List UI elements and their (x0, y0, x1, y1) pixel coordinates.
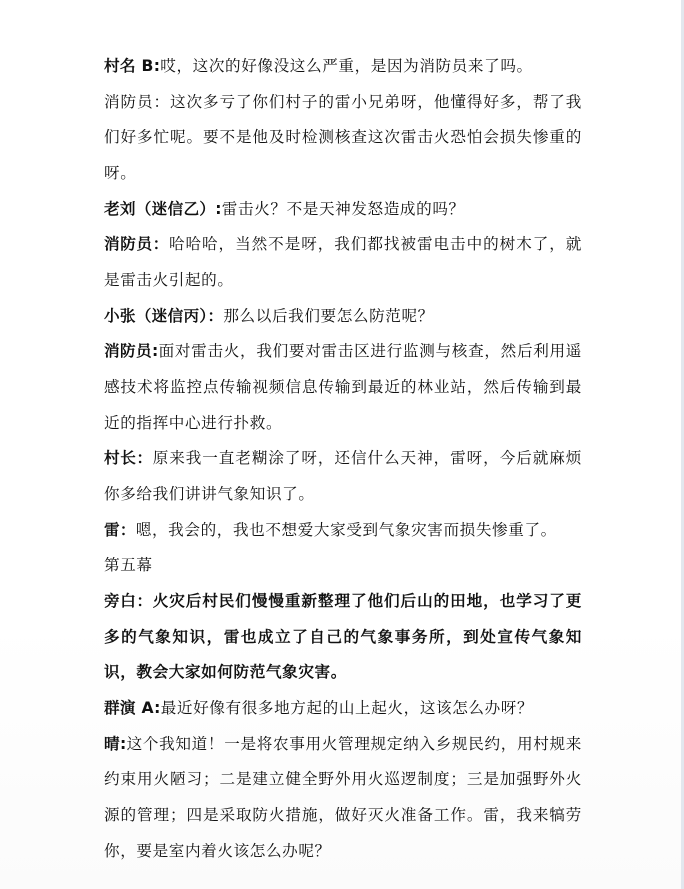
dialogue-text: 那么以后我们要怎么防范呢？ (223, 307, 434, 325)
speaker-label: 消防员: (104, 342, 159, 360)
speaker-label: 消防员： (104, 235, 169, 253)
dialogue-villager-b: 村名 B:哎，这次的好像没这么严重，是因为消防员来了吗。 (104, 49, 582, 85)
act-title: 第五幕 (104, 556, 153, 574)
dialogue-text: 面对雷击火，我们要对雷击区进行监测与核查，然后利用遥感技术将监控点传输视频信息传… (104, 342, 582, 431)
narration-text: 火灾后村民们慢慢重新整理了他们后山的田地，也学习了更多的气象知识，雷也成立了自己… (104, 592, 582, 681)
dialogue-lei: 雷：嗯，我会的，我也不想爱大家受到气象灾害而损失惨重了。 (104, 513, 582, 549)
dialogue-text: 原来我一直老糊涂了呀，还信什么天神，雷呀，今后就麻烦你多给我们讲讲气象知识了。 (104, 449, 582, 503)
speaker-label: 雷： (104, 521, 136, 539)
speaker-label: 晴: (104, 735, 127, 753)
document-page: 村名 B:哎，这次的好像没这么严重，是因为消防员来了吗。 消防员：这次多亏了你们… (0, 0, 681, 889)
speaker-label: 村名 B: (104, 57, 160, 75)
dialogue-extra-a: 群演 A:最近好像有很多地方起的山上起火，这该怎么办呀？ (104, 691, 582, 727)
dialogue-firefighter-2: 消防员：哈哈哈，当然不是呀，我们都找被雷电击中的树木了，就是雷击火引起的。 (104, 227, 582, 298)
dialogue-firefighter-3: 消防员:面对雷击火，我们要对雷击区进行监测与核查，然后利用遥感技术将监控点传输视… (104, 334, 582, 441)
dialogue-text: 消防员：这次多亏了你们村子的雷小兄弟呀，他懂得好多，帮了我们好多忙呢。要不是他及… (104, 93, 582, 182)
speaker-label: 群演 A: (104, 699, 161, 717)
dialogue-qing: 晴:这个我知道！一是将农事用火管理规定纳入乡规民约，用村规来约束用火陋习；二是建… (104, 727, 582, 870)
dialogue-text: 哎，这次的好像没这么严重，是因为消防员来了吗。 (160, 57, 532, 75)
document-body: 村名 B:哎，这次的好像没这么严重，是因为消防员来了吗。 消防员：这次多亏了你们… (104, 49, 582, 869)
act-heading: 第五幕 (104, 548, 582, 584)
speaker-label: 小张（迷信丙）： (104, 307, 223, 325)
speaker-label: 村长： (104, 449, 153, 467)
speaker-label: 旁白： (104, 592, 153, 610)
dialogue-village-chief: 村长：原来我一直老糊涂了呀，还信什么天神，雷呀，今后就麻烦你多给我们讲讲气象知识… (104, 441, 582, 512)
dialogue-firefighter-1: 消防员：这次多亏了你们村子的雷小兄弟呀，他懂得好多，帮了我们好多忙呢。要不是他及… (104, 85, 582, 192)
narration: 旁白：火灾后村民们慢慢重新整理了他们后山的田地，也学习了更多的气象知识，雷也成立… (104, 584, 582, 691)
dialogue-text: 嗯，我会的，我也不想爱大家受到气象灾害而损失惨重了。 (136, 521, 557, 539)
speaker-label: 老刘（迷信乙）: (104, 200, 222, 218)
dialogue-lao-liu: 老刘（迷信乙）:雷击火？不是天神发怒造成的吗？ (104, 192, 582, 228)
dialogue-text: 哈哈哈，当然不是呀，我们都找被雷电击中的树木了，就是雷击火引起的。 (104, 235, 582, 289)
dialogue-text: 雷击火？不是天神发怒造成的吗？ (222, 200, 465, 218)
dialogue-xiao-zhang: 小张（迷信丙）：那么以后我们要怎么防范呢？ (104, 299, 582, 335)
dialogue-text: 这个我知道！一是将农事用火管理规定纳入乡规民约，用村规来约束用火陋习；二是建立健… (104, 735, 582, 860)
dialogue-text: 最近好像有很多地方起的山上起火，这该怎么办呀？ (161, 699, 533, 717)
